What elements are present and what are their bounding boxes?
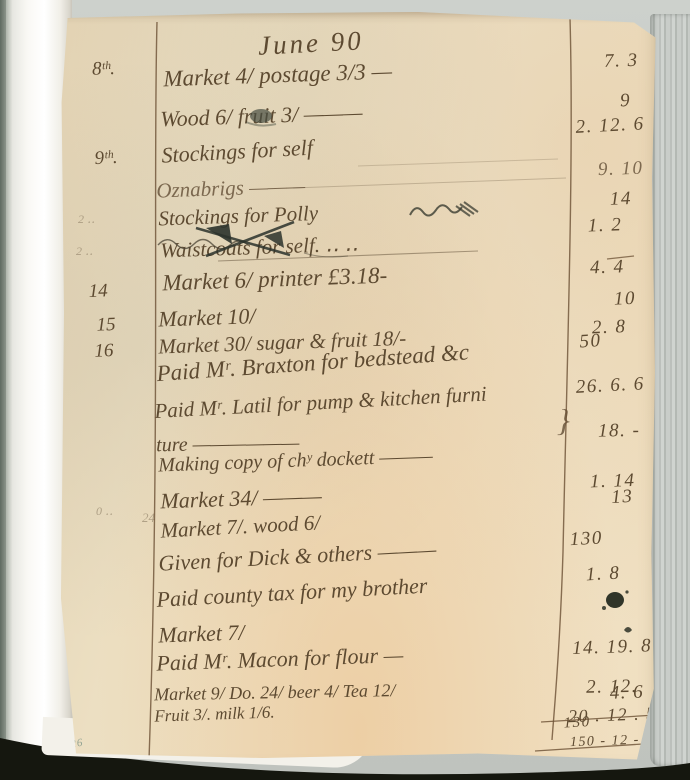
entry-text: Oznabrigs ——— xyxy=(156,173,306,203)
entry-amount: 1. 8 xyxy=(585,563,621,587)
ledger-row: Paid Mʳ. Macon for flour —14. 19. 8 xyxy=(58,633,658,654)
entry-text: Market 7/ xyxy=(158,620,245,649)
ledger-row: Given for Dick & others ———130 xyxy=(58,525,657,556)
entry-amount: 4. 6 xyxy=(609,682,644,705)
entry-amount: 4. 4 xyxy=(590,256,625,279)
entry-amount: 50 xyxy=(579,330,602,353)
entry-text: Market 6/ printer £3.18- xyxy=(162,263,388,297)
ledger-row: 15Market 10/10 xyxy=(58,289,658,310)
entry-text: Paid county tax for my brother xyxy=(156,573,428,613)
entry-amount: 7. 3 xyxy=(604,50,639,73)
entry-date: 9ᵗʰ. xyxy=(94,147,118,170)
total-carry: 130 xyxy=(58,711,657,742)
entry-text: Wood 6/ fruit 3/ ——— xyxy=(160,99,363,132)
entry-date: 8ᵗʰ. xyxy=(92,58,116,81)
entry-date: 15 xyxy=(96,314,116,337)
ledger-row: Making copy of chʸ dockett ——— xyxy=(58,437,658,458)
entry-amount: 18. - xyxy=(598,420,641,443)
entry-amount: 26. 6. 6 xyxy=(575,373,645,399)
ledger-row: Market 34/ ———1. 14 xyxy=(58,471,658,492)
entry-text: 2 ‥ xyxy=(76,244,93,259)
ledger-row: Wood 6/ fruit 3/ ———9 xyxy=(58,89,658,110)
ledger-row: 16Market 30/ sugar & fruit 18/-2. 8 xyxy=(58,317,658,338)
entry-text: Waistcoats for self. ‥ ‥ xyxy=(160,232,359,264)
entry-text: Market 7/. wood 6/ xyxy=(160,510,321,543)
page-stack-edge xyxy=(650,14,690,766)
entry-text: 2 ‥ xyxy=(78,212,95,227)
ledger-row: Paid Mʳ. Latil for pump & kitchen furni2… xyxy=(58,373,657,404)
entry-text: Market 34/ ——— xyxy=(160,483,322,515)
ledger-row: Market 9/ Do. 24/ beer 4/ Tea 12/2. 12. xyxy=(58,676,658,686)
entry-amount: 130 xyxy=(569,527,603,551)
entry-text: 0 ‥ xyxy=(96,504,113,519)
ledger-row: Waistcoats for self. ‥ ‥1. 2 xyxy=(58,221,658,242)
entry-text: 24 xyxy=(142,510,155,526)
ledger-row: Stockings for Polly14 xyxy=(58,189,658,210)
total-grand: 150 - 12 - 5 xyxy=(58,732,658,753)
entry-date: 16 xyxy=(94,340,114,363)
entry-text: Market 4/ postage 3/3 — xyxy=(163,58,392,92)
entry-amount: 13 xyxy=(611,486,634,509)
entry-text: 130 xyxy=(563,714,591,732)
ledger-page: June 90 126 8ᵗʰ.Market 4/ postage 3/3 —7… xyxy=(58,12,658,764)
entry-amount: 9. 10 xyxy=(598,158,644,182)
ledger-row: Market 7/ xyxy=(58,605,658,626)
entry-text: Market 9/ Do. 24/ beer 4/ Tea 12/ xyxy=(154,680,396,705)
entry-amount: 14 xyxy=(610,188,633,211)
entry-amount: 2. 12. 6 xyxy=(575,113,645,139)
entry-text: Stockings for Polly xyxy=(158,201,319,232)
ledger-row: Oznabrigs ———9. 10 xyxy=(58,161,658,182)
entry-amount: 9 xyxy=(620,90,632,112)
ledger-scan: June 90 126 8ᵗʰ.Market 4/ postage 3/3 —7… xyxy=(0,0,690,780)
ledger-row: 8ᵗʰ.Market 4/ postage 3/3 —7. 3 xyxy=(58,49,658,70)
ledger-rows: 8ᵗʰ.Market 4/ postage 3/3 —7. 3Wood 6/ f… xyxy=(58,12,658,764)
entry-text: Paid Mʳ. Latil for pump & kitchen furni xyxy=(154,382,487,424)
entry-text: 150 - 12 - 5 xyxy=(570,732,654,751)
entry-amount: 1. 2 xyxy=(587,214,622,237)
entry-date: 14 xyxy=(88,280,108,303)
entry-amount: 14. 19. 8 xyxy=(572,635,653,660)
entry-text: } xyxy=(557,402,570,439)
entry-text: Given for Dick & others ——— xyxy=(158,536,437,577)
entry-text: Market 10/ xyxy=(158,303,256,332)
entry-text: Fruit 3/. milk 1/6. xyxy=(154,702,275,726)
entry-amount: 10 xyxy=(614,288,637,311)
entry-text: Stockings for self xyxy=(161,135,314,169)
